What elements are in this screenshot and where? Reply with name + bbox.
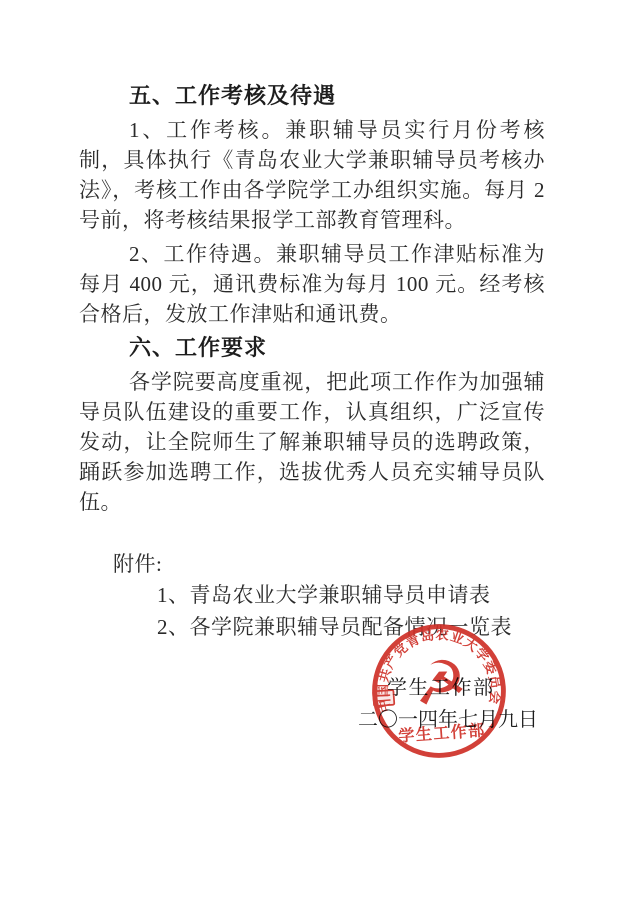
- scanned-document-page: 五、工作考核及待遇 1、工作考核。兼职辅导员实行月份考核制，具体执行《青岛农业大…: [0, 0, 640, 905]
- section-heading-6: 六、工作要求: [79, 333, 545, 363]
- signature-date: 二〇一四年七月九日: [358, 703, 538, 732]
- body-paragraph-compensation: 2、工作待遇。兼职辅导员工作津贴标准为每月 400 元，通讯费标准为每月 100…: [79, 239, 545, 329]
- body-paragraph-requirements: 各学院要高度重视，把此项工作作为加强辅导员队伍建设的重要工作，认真组织，广泛宣传…: [79, 367, 545, 517]
- section-heading-5: 五、工作考核及待遇: [79, 81, 545, 111]
- signature-department: 学生工作部: [387, 671, 495, 700]
- body-paragraph-assessment: 1、工作考核。兼职辅导员实行月份考核制，具体执行《青岛农业大学兼职辅导员考核办法…: [79, 115, 545, 235]
- attachments-label: 附件:: [79, 549, 545, 579]
- attachment-item-1: 1、青岛农业大学兼职辅导员申请表: [79, 579, 545, 611]
- document-body: 五、工作考核及待遇 1、工作考核。兼职辅导员实行月份考核制，具体执行《青岛农业大…: [79, 81, 545, 643]
